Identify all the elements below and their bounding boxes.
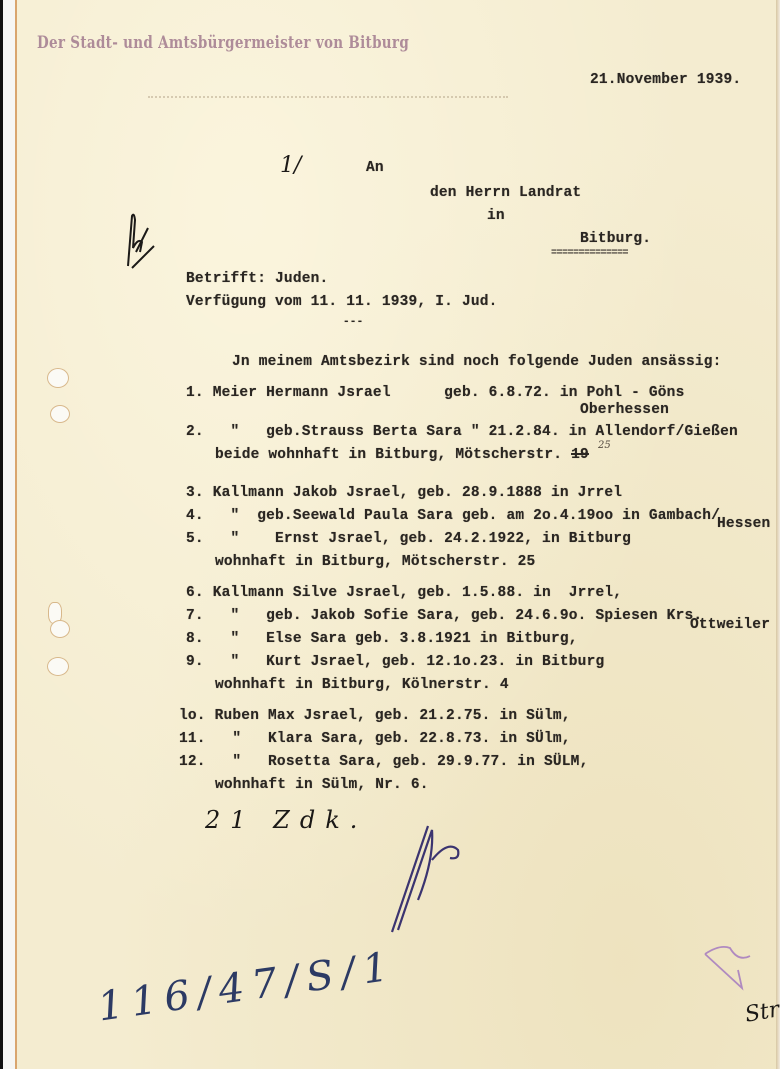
punch-hole — [47, 368, 69, 388]
initials-scribble-icon — [118, 208, 158, 270]
recipient-in: in — [487, 208, 505, 224]
address-1-correction: 25 — [598, 440, 611, 451]
entry-4-continuation: Hessen — [717, 516, 770, 532]
entry-11: 11. " Klara Sara, geb. 22.8.73. in SÜlm, — [179, 731, 571, 747]
address-1-text: beide wohnhaft in Bitburg, Mötscherstr. — [215, 447, 562, 463]
address-1-struck-number: 19 — [571, 447, 589, 463]
recipient-city-underline: ============== — [551, 248, 628, 259]
purple-check-mark — [700, 940, 760, 1005]
entry-4: 4. " geb.Seewald Paula Sara geb. am 2o.4… — [186, 508, 720, 524]
subject-line: Betrifft: Juden. — [186, 271, 328, 287]
entry-1-continuation: Oberhessen — [580, 402, 669, 418]
entry-12: 12. " Rosetta Sara, geb. 29.9.77. in SÜL… — [179, 754, 588, 770]
scan-right-edge — [776, 0, 780, 1069]
letter-date: 21.November 1939. — [590, 72, 741, 88]
address-4: wohnhaft in Sülm, Nr. 6. — [215, 777, 429, 793]
recipient-city: Bitburg. — [580, 231, 651, 247]
signature-scribble-icon — [388, 820, 468, 940]
handwritten-mark: 1/ — [280, 153, 301, 178]
letterhead-stamp: Der Stadt- und Amtsbürgermeister von Bit… — [37, 33, 409, 53]
scan-left-margin — [0, 0, 17, 1069]
entry-8: 8. " Else Sara geb. 3.8.1921 in Bitburg, — [186, 631, 578, 647]
recipient-title: den Herrn Landrat — [430, 185, 581, 201]
address-2: wohnhaft in Bitburg, Mötscherstr. 25 — [215, 554, 535, 570]
entry-2: 2. " geb.Strauss Berta Sara " 21.2.84. i… — [186, 424, 738, 440]
entry-6: 6. Kallmann Silve Jsrael, geb. 1.5.88. i… — [186, 585, 622, 601]
faint-dotted-line — [148, 96, 508, 98]
recipient-an: An — [366, 160, 384, 176]
check-mark-icon — [700, 940, 760, 1000]
entry-7-continuation: Ottweiler — [690, 617, 770, 633]
entry-3: 3. Kallmann Jakob Jsrael, geb. 28.9.1888… — [186, 485, 622, 501]
entry-7: 7. " geb. Jakob Sofie Sara, geb. 24.6.9o… — [186, 608, 702, 624]
signature — [388, 820, 468, 945]
address-3: wohnhaft in Bitburg, Kölnerstr. 4 — [215, 677, 509, 693]
entry-5: 5. " Ernst Jsrael, geb. 24.2.1922, in Bi… — [186, 531, 631, 547]
subject-separator: --- — [343, 316, 363, 328]
punch-hole — [50, 405, 70, 423]
punch-hole — [50, 620, 70, 638]
entry-10: lo. Ruben Max Jsrael, geb. 21.2.75. in S… — [179, 708, 571, 724]
address-1: beide wohnhaft in Bitburg, Mötscherstr. … — [215, 447, 589, 463]
punch-hole — [47, 657, 69, 676]
entry-9: 9. " Kurt Jsrael, geb. 12.1o.23. in Bitb… — [186, 654, 604, 670]
handwritten-note: 21 Zdk. — [205, 806, 367, 834]
body-intro: Jn meinem Amtsbezirk sind noch folgende … — [232, 354, 722, 370]
subject-reference: Verfügung vom 11. 11. 1939, I. Jud. — [186, 294, 498, 310]
handwritten-initials — [118, 208, 158, 268]
entry-1: 1. Meier Hermann Jsrael geb. 6.8.72. in … — [186, 385, 684, 401]
